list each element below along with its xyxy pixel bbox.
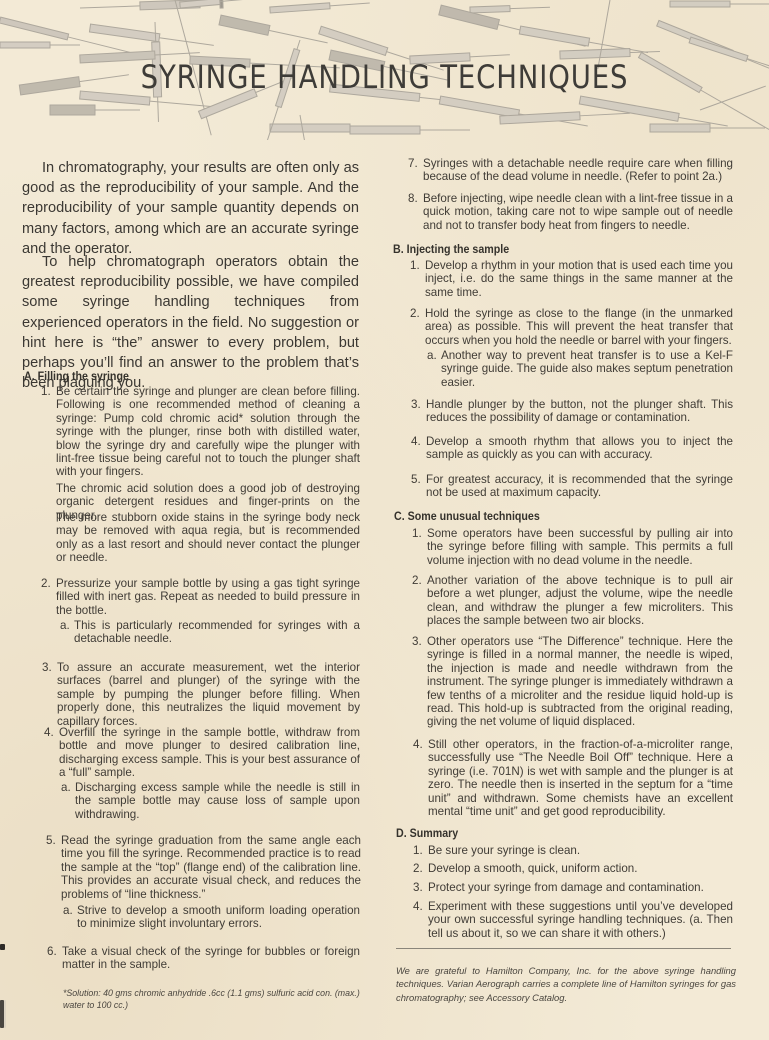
divider [396, 948, 731, 949]
list-item-c3: 3. Other operators use “The Difference” … [427, 635, 733, 729]
section-b-heading: B. Injecting the sample [393, 243, 509, 256]
list-item-c1: 1. Some operators have been successful b… [427, 527, 733, 567]
item-text: Handle plunger by the button, not the pl… [426, 398, 733, 424]
list-item-a6: 6. Take a visual check of the syringe fo… [62, 945, 360, 972]
item-number: 4. [413, 738, 423, 751]
list-item-a4a: a. Discharging excess sample while the n… [75, 781, 360, 821]
item-number: 4. [44, 726, 54, 739]
list-item-a8: 8. Before injecting, wipe needle clean w… [423, 192, 733, 232]
item-text: Another variation of the above technique… [427, 574, 733, 627]
item-text: To assure an accurate measurement, wet t… [57, 661, 360, 728]
list-item-b2a: a. Another way to prevent heat transfer … [441, 349, 733, 389]
item-text: Be sure your syringe is clean. [428, 844, 580, 857]
item-number: 1. [41, 385, 51, 398]
item-text: Discharging excess sample while the need… [75, 781, 360, 821]
header-banner: SYRINGE HANDLING TECHNIQUES [0, 0, 769, 140]
item-number: 2. [413, 862, 423, 875]
binder-mark [0, 944, 5, 950]
item-text: Before injecting, wipe needle clean with… [423, 192, 733, 232]
item-number: 1. [412, 527, 422, 540]
item-number: 8. [408, 192, 418, 205]
item-text: Be certain the syringe and plunger are c… [56, 385, 360, 478]
item-text: Strive to develop a smooth uniform loadi… [77, 904, 360, 930]
item-number: 4. [411, 435, 421, 448]
list-item-c2: 2. Another variation of the above techni… [427, 574, 733, 628]
item-text: Other operators use “The Difference” tec… [427, 635, 733, 728]
list-item-a5: 5. Read the syringe graduation from the … [61, 834, 361, 901]
item-number: 3. [412, 635, 422, 648]
item-number: 3. [42, 661, 52, 674]
list-item-d2: 2. Develop a smooth, quick, uniform acti… [428, 862, 733, 875]
list-item-a5a: a. Strive to develop a smooth uniform lo… [77, 904, 360, 931]
item-number: a. [61, 781, 71, 794]
item-text: Some operators have been successful by p… [427, 527, 733, 567]
list-item-d1: 1. Be sure your syringe is clean. [428, 844, 733, 857]
item-number: 2. [410, 307, 420, 320]
item-number: a. [60, 619, 70, 632]
list-item-a1: 1. Be certain the syringe and plunger ar… [56, 385, 360, 479]
item-text: Another way to prevent heat transfer is … [441, 349, 733, 389]
item-number: 1. [413, 844, 423, 857]
item-number: 5. [46, 834, 56, 847]
list-item-d3: 3. Protect your syringe from damage and … [428, 881, 733, 894]
section-a-heading: A. Filling the syringe [24, 370, 129, 383]
list-item-c4: 4. Still other operators, in the fractio… [428, 738, 733, 818]
item-number: a. [427, 349, 437, 362]
acknowledgement: We are grateful to Hamilton Company, Inc… [396, 964, 736, 1004]
item-number: 5. [411, 473, 421, 486]
section-d-heading: D. Summary [396, 827, 458, 840]
intro-paragraph-1: In chromatography, your results are ofte… [22, 158, 359, 259]
item-text: Experiment with these suggestions until … [428, 900, 733, 940]
item-number: 3. [411, 398, 421, 411]
item-text: Develop a smooth rhythm that allows you … [426, 435, 733, 461]
list-item-b3: 3. Handle plunger by the button, not the… [426, 398, 733, 425]
list-item-a2a: a. This is particularly recommended for … [74, 619, 360, 646]
item-text: Syringes with a detachable needle requir… [423, 157, 733, 183]
item-number: 7. [408, 157, 418, 170]
footnote-solution: *Solution: 40 gms chromic anhydride .6cc… [63, 987, 365, 1012]
item-text: Develop a smooth, quick, uniform action. [428, 862, 637, 875]
item-number: 2. [41, 577, 51, 590]
item-text: Develop a rhythm in your motion that is … [425, 259, 733, 299]
list-item-b1: 1. Develop a rhythm in your motion that … [425, 259, 733, 299]
item-text: Overfill the syringe in the sample bottl… [59, 726, 360, 779]
item-text: Hold the syringe as close to the flange … [425, 307, 733, 347]
list-item-a4: 4. Overfill the syringe in the sample bo… [59, 726, 360, 780]
item-text: For greatest accuracy, it is recommended… [426, 473, 733, 499]
list-item-b4: 4. Develop a smooth rhythm that allows y… [426, 435, 733, 462]
page-title: SYRINGE HANDLING TECHNIQUES [54, 58, 715, 96]
list-item-d4: 4. Experiment with these suggestions unt… [428, 900, 733, 940]
section-c-heading: C. Some unusual techniques [394, 510, 540, 523]
item-number: 6. [47, 945, 57, 958]
item-number: 4. [413, 900, 423, 913]
list-item-a1-note-2: The more stubborn oxide stains in the sy… [56, 511, 360, 565]
item-number: a. [63, 904, 73, 917]
item-text: Protect your syringe from damage and con… [428, 881, 704, 894]
list-item-b5: 5. For greatest accuracy, it is recommen… [426, 473, 733, 500]
list-item-a3: 3. To assure an accurate measurement, we… [57, 661, 360, 728]
item-text: Pressurize your sample bottle by using a… [56, 577, 360, 617]
item-number: 3. [413, 881, 423, 894]
item-number: 2. [412, 574, 422, 587]
binder-mark [4, 1000, 6, 1028]
item-number: 1. [410, 259, 420, 272]
list-item-a7: 7. Syringes with a detachable needle req… [423, 157, 733, 184]
list-item-a2: 2. Pressurize your sample bottle by usin… [56, 577, 360, 617]
item-text: Take a visual check of the syringe for b… [62, 945, 360, 971]
item-text: Still other operators, in the fraction-o… [428, 738, 733, 818]
item-text: Read the syringe graduation from the sam… [61, 834, 361, 901]
list-item-b2: 2. Hold the syringe as close to the flan… [425, 307, 733, 347]
item-text: This is particularly recommended for syr… [74, 619, 360, 645]
